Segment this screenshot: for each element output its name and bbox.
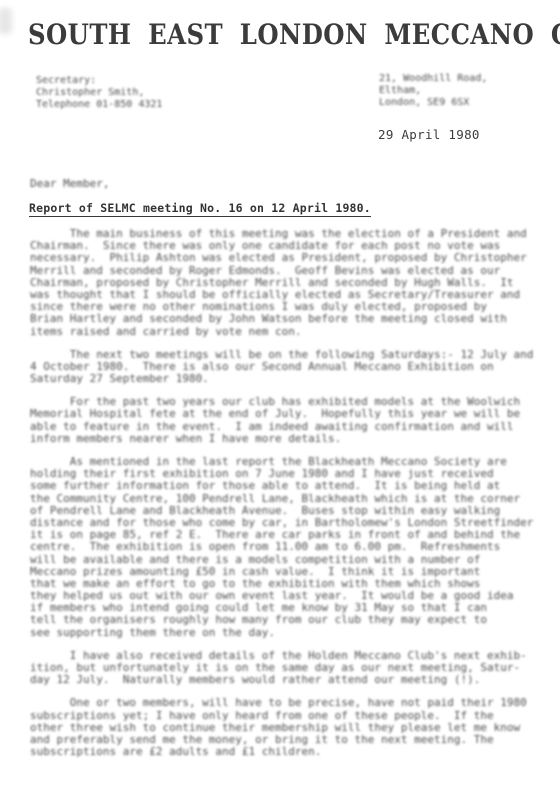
paragraph-line: The main business of this meeting was th… bbox=[30, 228, 536, 240]
paragraph-line: was thought that I should be officially … bbox=[30, 289, 536, 301]
paragraph: The main business of this meeting was th… bbox=[30, 228, 536, 338]
salutation: Dear Member, bbox=[30, 177, 109, 190]
address-line: Eltham, bbox=[379, 85, 487, 97]
paragraph-line: subscriptions yet; I have only heard fro… bbox=[30, 710, 536, 722]
sender-details-line: Christopher Smith, bbox=[36, 87, 162, 99]
address-line: 21, Woodhill Road, bbox=[379, 73, 487, 85]
report-heading: Report of SELMC meeting No. 16 on 12 Apr… bbox=[29, 201, 371, 217]
paragraph-line: Saturday 27 September 1980. bbox=[30, 373, 536, 385]
paragraph-line: it is on page 85, ref 2 E. There are car… bbox=[30, 529, 536, 541]
paragraph-line: 4 October 1980. There is also our Second… bbox=[30, 361, 536, 373]
sender-details-line: Secretary: bbox=[36, 75, 162, 87]
paragraph-line: Brian Hartley and seconded by John Watso… bbox=[30, 313, 536, 325]
paragraph: As mentioned in the last report the Blac… bbox=[30, 456, 536, 639]
date-line: 29 April 1980 bbox=[378, 127, 480, 142]
paragraph-line: Chairman, proposed by Christopher Merril… bbox=[30, 277, 536, 289]
paragraph-line: The next two meetings will be on the fol… bbox=[30, 349, 536, 361]
paragraph-line: will be available and there is a models … bbox=[30, 554, 536, 566]
paragraph-line: For the past two years our club has exhi… bbox=[30, 396, 536, 408]
paragraph-line: see supporting them there on the day. bbox=[30, 627, 536, 639]
paragraph-line: and preferably send me the money, or bri… bbox=[30, 734, 536, 746]
scan-artifact-smudge bbox=[0, 8, 12, 34]
paragraph-line: items raised and carried by vote nem con… bbox=[30, 326, 536, 338]
paragraph-line: Chairman. Since there was only one candi… bbox=[30, 240, 536, 252]
paragraph: One or two members, will have to be prec… bbox=[30, 697, 536, 758]
paragraph-line: of Pendrell Lane and Blackheath Avenue. … bbox=[30, 505, 536, 517]
letter-body: The main business of this meeting was th… bbox=[30, 228, 536, 769]
paragraph: The next two meetings will be on the fol… bbox=[30, 349, 536, 386]
paragraph-line: As mentioned in the last report the Blac… bbox=[30, 456, 536, 468]
paragraph: For the past two years our club has exhi… bbox=[30, 396, 536, 445]
paragraph-line: Memorial Hospital fete at the end of Jul… bbox=[30, 408, 536, 420]
paragraph-line: if members who intend going could let me… bbox=[30, 602, 536, 614]
paragraph-line: Merrill and seconded by Roger Edmonds. G… bbox=[30, 265, 536, 277]
paragraph-line: I have also received details of the Hold… bbox=[30, 650, 536, 662]
paragraph-line: holding their first exhibition on 7 June… bbox=[30, 468, 536, 480]
paragraph-line: One or two members, will have to be prec… bbox=[30, 697, 536, 709]
paragraph-line: ition, but unfortunately it is on the sa… bbox=[30, 662, 536, 674]
paragraph-line: some further information for those able … bbox=[30, 480, 536, 492]
paragraph-line: the Community Centre, 100 Pendrell Lane,… bbox=[30, 493, 536, 505]
sender-details-line: Telephone 01-850 4321 bbox=[36, 99, 162, 111]
paragraph-line: centre. The exhibition is open from 11.0… bbox=[30, 541, 536, 553]
paragraph-line: since there were no other nominations I … bbox=[30, 301, 536, 313]
paragraph: I have also received details of the Hold… bbox=[30, 650, 536, 687]
paragraph-line: Meccano prizes amounting £50 in cash val… bbox=[30, 566, 536, 578]
letter-page: SOUTH EAST LONDON MECCANO CLUB Secretary… bbox=[0, 0, 560, 792]
paragraph-line: they helped us out with our own event la… bbox=[30, 590, 536, 602]
club-name-heading: SOUTH EAST LONDON MECCANO CLUB bbox=[28, 20, 560, 50]
paragraph-line: subscriptions are £2 adults and £1 child… bbox=[30, 746, 536, 758]
paragraph-line: able to feature in the event. I am indee… bbox=[30, 421, 536, 433]
address-line: London, SE9 6SX bbox=[379, 97, 487, 109]
paragraph-line: necessary. Philip Ashton was elected as … bbox=[30, 252, 536, 264]
paragraph-line: day 12 July. Naturally members would rat… bbox=[30, 674, 536, 686]
paragraph-line: that we make an effort to go to the exhi… bbox=[30, 578, 536, 590]
paragraph-line: other three wish to continue their membe… bbox=[30, 722, 536, 734]
paragraph-line: inform members nearer when I have more d… bbox=[30, 433, 536, 445]
sender-details-block: Secretary:Christopher Smith,Telephone 01… bbox=[36, 75, 162, 112]
address-block: 21, Woodhill Road,Eltham,London, SE9 6SX bbox=[379, 73, 487, 110]
paragraph-line: distance and for those who come by car, … bbox=[30, 517, 536, 529]
paragraph-line: tell the organisers roughly how many fro… bbox=[30, 614, 536, 626]
